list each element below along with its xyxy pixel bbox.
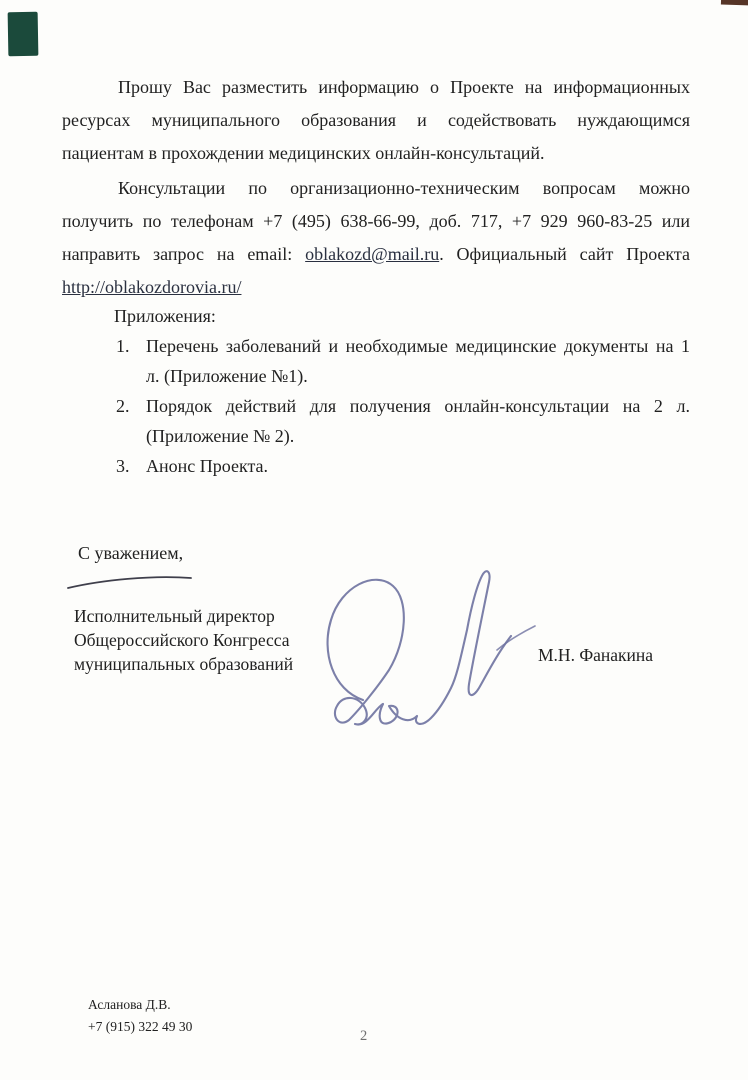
- list-item: 3. Анонс Проекта.: [62, 451, 690, 481]
- paragraph-line: ресурсах муниципального образования и со…: [62, 104, 690, 137]
- attachments-list: 1. Перечень заболеваний и необходимые ме…: [62, 331, 690, 481]
- page-number: 2: [360, 1028, 367, 1045]
- paragraph-line: Консультации по организационно-техническ…: [62, 172, 690, 205]
- signoff-text: С уважением,: [78, 543, 183, 564]
- signer-name: М.Н. Фанакина: [538, 645, 653, 666]
- list-item-line: Перечень заболеваний и необходимые медиц…: [146, 331, 690, 361]
- paragraph-line: получить по телефонам +7 (495) 638-66-99…: [62, 205, 690, 238]
- list-item-text: Анонс Проекта.: [146, 451, 690, 481]
- signer-title-line: Общероссийского Конгресса: [74, 628, 293, 652]
- list-item: 1. Перечень заболеваний и необходимые ме…: [62, 331, 690, 391]
- list-item-line: л. (Приложение №1).: [146, 361, 690, 391]
- paragraph-line: направить запрос на email: oblakozd@mail…: [62, 238, 690, 271]
- signature-handwritten: [315, 560, 545, 732]
- list-item-line: Порядок действий для получения онлайн-ко…: [146, 391, 690, 421]
- list-item-text: Перечень заболеваний и необходимые медиц…: [146, 331, 690, 391]
- contact-name: Асланова Д.В.: [88, 994, 192, 1016]
- list-item-number: 1.: [116, 331, 146, 391]
- paragraph-text: . Официальный сайт Проекта: [439, 244, 690, 264]
- paragraph-line: http://oblakozdorovia.ru/: [62, 271, 690, 304]
- site-link[interactable]: http://oblakozdorovia.ru/: [62, 277, 241, 297]
- list-item-number: 2.: [116, 391, 146, 451]
- list-item: 2. Порядок действий для получения онлайн…: [62, 391, 690, 451]
- scan-artifact-edge-mark: [721, 0, 748, 6]
- signer-title-line: муниципальных образований: [74, 652, 293, 676]
- pen-stroke-underline: [62, 572, 197, 594]
- paragraph-line: Прошу Вас разместить информацию о Проект…: [62, 71, 690, 104]
- signer-title-line: Исполнительный директор: [74, 604, 293, 628]
- signer-title: Исполнительный директор Общероссийского …: [74, 604, 293, 676]
- scan-artifact-green-mark: [8, 12, 39, 57]
- email-link[interactable]: oblakozd@mail.ru: [305, 244, 439, 264]
- attachments-label: Приложения:: [114, 301, 216, 331]
- scanned-letter-page: Прошу Вас разместить информацию о Проект…: [0, 0, 748, 1080]
- list-item-line: (Приложение № 2).: [146, 421, 690, 451]
- paragraph-request: Прошу Вас разместить информацию о Проект…: [62, 71, 690, 170]
- list-item-text: Порядок действий для получения онлайн-ко…: [146, 391, 690, 451]
- list-item-line: Анонс Проекта.: [146, 451, 690, 481]
- paragraph-contacts: Консультации по организационно-техническ…: [62, 172, 690, 304]
- footer-contact: Асланова Д.В. +7 (915) 322 49 30: [88, 994, 192, 1038]
- list-item-number: 3.: [116, 451, 146, 481]
- contact-phone: +7 (915) 322 49 30: [88, 1016, 192, 1038]
- paragraph-line: пациентам в прохождении медицинских онла…: [62, 137, 690, 170]
- paragraph-text: направить запрос на email:: [62, 244, 305, 264]
